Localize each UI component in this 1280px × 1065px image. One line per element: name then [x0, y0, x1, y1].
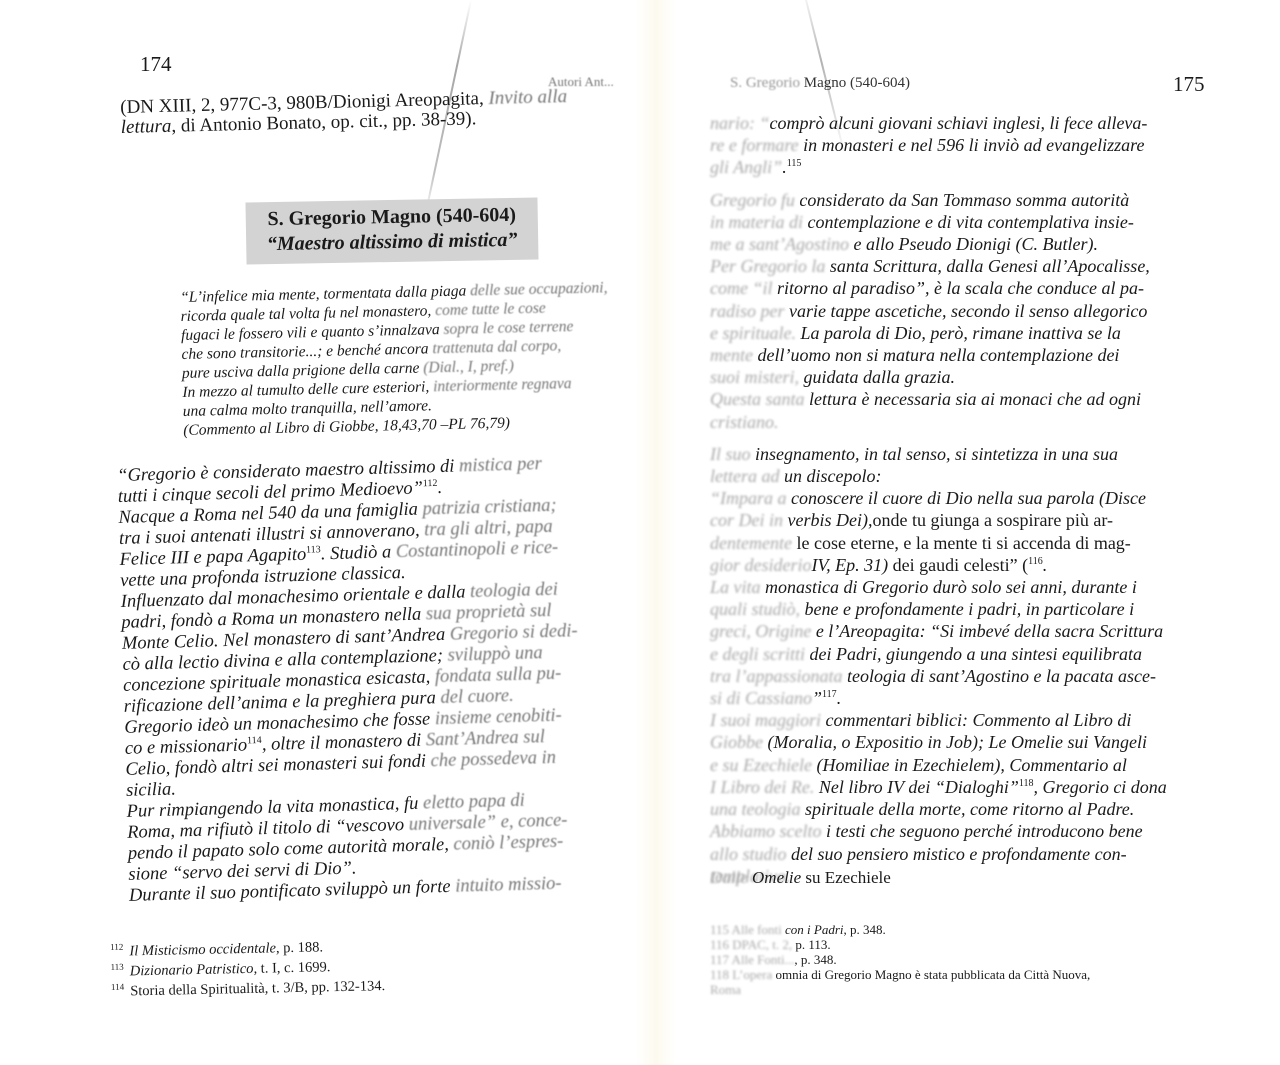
body-line: cor Dei in verbis Dei),onde tu giunga a … — [710, 509, 1230, 531]
text-span: dell’uomo non si matura nella contemplaz… — [753, 345, 1119, 365]
text-span: le cose eterne, e la mente ti si accenda… — [792, 533, 1131, 553]
body-line: re e formare in monasteri e nel 596 li i… — [710, 134, 1230, 156]
text-span: commentari biblici: Commento al Libro di — [821, 710, 1131, 730]
faded-text: quali studiò, — [710, 599, 800, 619]
text-span: , p. 348. — [794, 952, 836, 967]
body-line: come “il ritorno al paradiso”, è la scal… — [710, 277, 1230, 299]
faded-text: Costantinopoli e rice- — [391, 538, 558, 563]
text-span: . — [437, 478, 442, 498]
text-span: IV, Ep. 31) — [812, 555, 889, 575]
faded-text: come “il — [710, 278, 773, 298]
faded-text: cristiano. — [710, 412, 779, 432]
text-span: . — [1043, 555, 1048, 575]
faded-text: patrizia cristiana; — [418, 496, 557, 520]
footnote-ref: 112 — [423, 478, 438, 489]
faded-text: sviluppò una — [443, 643, 543, 666]
faded-text: intuito missio- — [450, 874, 562, 897]
text-span: e allo Pseudo Dionigi (C. Butler). — [849, 234, 1098, 254]
body-line: una teologia spirituale della morte, com… — [710, 798, 1230, 820]
faded-text: Gregorio fu — [710, 190, 795, 210]
faded-text: e degli scritti — [710, 644, 805, 664]
faded-text: lettera ad — [710, 466, 780, 486]
paragraph-gap — [710, 179, 1230, 189]
body-line: greci, Origine e l’Areopagita: “Si imbev… — [710, 620, 1230, 642]
faded-text: 117 Alle Fonti... — [710, 952, 794, 967]
body-line: radiso per varie tappe ascetiche, second… — [710, 300, 1230, 322]
faded-text: radiso per — [710, 301, 785, 321]
body-line: in materia di contemplazione e di vita c… — [710, 211, 1230, 233]
faded-text: Gregorio si dedi- — [445, 621, 578, 645]
faded-text: sopra le cose terrene — [439, 318, 573, 338]
faded-text: e su Ezechiele — [710, 755, 812, 775]
body-line: me a sant’Agostino e allo Pseudo Dionigi… — [710, 233, 1230, 255]
footnote: 115 Alle fonti con i Padri, p. 348. — [710, 922, 1230, 937]
text-span: lettura è necessaria sia ai monaci che a… — [805, 389, 1141, 409]
footnote-number: 112 — [110, 942, 123, 952]
right-footnotes: 115 Alle fonti con i Padri, p. 348.116 D… — [710, 922, 1230, 997]
footnote-ref: 115 — [787, 158, 802, 169]
footnote-number: 113 — [110, 962, 123, 972]
page-number: 175 — [1173, 72, 1205, 97]
text-span: dei Padri, giungendo a una sintesi equil… — [805, 644, 1142, 664]
faded-text: “Impara a — [710, 488, 787, 508]
faded-text: Sant’Andrea sul — [421, 727, 545, 750]
text-span: p. 113. — [792, 937, 831, 952]
faded-text: Abbiamo scelto — [710, 821, 821, 841]
faded-text: coniò l’espres- — [449, 832, 564, 855]
faded-text: Roma — [710, 982, 741, 997]
running-head: S. Gregorio Magno (540-604) — [730, 75, 910, 92]
text-span: insegnamento, in tal senso, si sintetizz… — [751, 444, 1119, 464]
body-line: Abbiamo scelto i testi che seguono perch… — [710, 820, 1230, 842]
footnote: Roma — [710, 982, 1230, 997]
body-line: Il suo insegnamento, in tal senso, si si… — [710, 443, 1230, 465]
faded-text: una teologia — [710, 799, 801, 819]
faded-text: gli Angli” — [710, 157, 782, 177]
faded-text: I Libro dei Re. — [710, 777, 814, 797]
page-number: 174 — [140, 52, 172, 77]
faded-text: tra l’appassionata — [710, 666, 843, 686]
citation: (DN XIII, 2, 977C-3, 980B/Dionigi Areopa… — [120, 85, 641, 138]
text-span: bene e profondamente i padri, in partico… — [800, 599, 1134, 619]
faded-text: greci, Origine — [710, 621, 811, 641]
footnote-ref: 113 — [306, 544, 321, 555]
faded-text: sua proprietà sul — [421, 601, 552, 625]
footnote-ref: 116 — [1028, 556, 1043, 567]
body-line: “Impara a conoscere il cuore di Dio nell… — [710, 487, 1230, 509]
faded-text: teologia dei — [465, 580, 558, 603]
text-span: ritorno al paradiso”, è la scala che con… — [773, 278, 1144, 298]
faded-text: (Dial., I, pref.) — [419, 357, 514, 376]
faded-text: delle sue occupazioni, — [466, 279, 608, 299]
footnote-ref: 118 — [1019, 778, 1034, 789]
right-body-text: nario: “comprò alcuni giovani schiavi in… — [710, 112, 1230, 887]
body-line: e spirituale. La parola di Dio, però, ri… — [710, 322, 1230, 344]
text-span: verbis Dei), — [783, 510, 872, 530]
text-span: monastica di Gregorio durò solo sei anni… — [761, 577, 1137, 597]
faded-text: allo studio — [710, 844, 787, 864]
faded-text: che possedeva in — [426, 748, 556, 772]
chapter-subtitle: “Maestro altissimo di mistica” — [246, 227, 538, 256]
body-line: gior desiderioIV, Ep. 31) dei gaudi cele… — [710, 554, 1230, 576]
epigraph-quote: “L’infelice mia mente, tormentata dalla … — [180, 278, 643, 440]
faded-text: eletto papa di — [418, 791, 525, 814]
chapter-title-box: S. Gregorio Magno (540-604) “Maestro alt… — [245, 197, 538, 264]
body-line: I suoi maggiori commentari biblici: Comm… — [710, 709, 1230, 731]
text-span: contemplazione e di vita contemplativa i… — [803, 212, 1134, 232]
left-body-text: “Gregorio è considerato maestro altissim… — [117, 451, 659, 907]
paragraph-gap — [710, 433, 1230, 443]
body-line: lettera ad un discepolo: — [710, 465, 1230, 487]
text-span: (Homiliae in Ezechielem), Commentario al — [812, 755, 1127, 775]
faded-text: nario: “ — [710, 113, 770, 133]
text-span: . Studiò a — [321, 542, 392, 564]
text-span: , t. I, c. 1699. — [253, 959, 330, 977]
text-span: conoscere il cuore di Dio nella sua paro… — [787, 488, 1146, 508]
body-line: nario: “comprò alcuni giovani schiavi in… — [710, 112, 1230, 134]
body-line: Giobbe (Moralia, o Expositio in Job); Le… — [710, 731, 1230, 753]
right-page: S. Gregorio Magno (540-604) 175 nario: “… — [650, 0, 1280, 1065]
text-span: varie tappe ascetiche, secondo il senso … — [785, 301, 1148, 321]
faded-text: suoi misteri, — [710, 367, 799, 387]
text-span: considerato da San Tommaso somma autorit… — [795, 190, 1129, 210]
faded-text: mente — [710, 345, 753, 365]
faded-text: Il suo — [710, 444, 751, 464]
faded-text: trattenuta dal corpo, — [428, 337, 561, 357]
faded-text: dentemente — [710, 533, 792, 553]
faded-text: come tutte le cose — [431, 300, 546, 320]
faded-text: tra gli altri, papa — [419, 517, 553, 541]
faded-text: in materia di — [710, 212, 803, 232]
text-span: e l’Areopagita: “Si imbevé della sacra S… — [811, 621, 1163, 641]
faded-text: cor Dei in — [710, 510, 783, 530]
text-span: Storia della Spiritualità, t. 3/B, pp. 1… — [130, 978, 385, 999]
text-span: un discepolo: — [780, 466, 882, 486]
body-line: mente dell’uomo non si matura nella cont… — [710, 344, 1230, 366]
body-line: gli Angli”.115 — [710, 156, 1230, 178]
faded-text: fondata sulla pu- — [430, 664, 562, 688]
body-line: La vita monastica di Gregorio durò solo … — [710, 576, 1230, 598]
text-span: i testi che seguono perché introducono b… — [821, 821, 1142, 841]
body-line: Per Gregorio la santa Scrittura, dalla G… — [710, 255, 1230, 277]
text-span: dei gaudi celesti” ( — [888, 555, 1028, 575]
faded-text: I suoi maggiori — [710, 710, 821, 730]
faded-text: re e formare — [710, 135, 799, 155]
body-line: e su Ezechiele (Homiliae in Ezechielem),… — [710, 754, 1230, 776]
faded-text: 115 Alle fonti — [710, 922, 782, 937]
text-span: in monasteri e nel 596 li inviò ad evang… — [799, 135, 1145, 155]
body-line: suoi misteri, guidata dalla grazia. — [710, 366, 1230, 388]
faded-text: si di Cassiano — [710, 688, 812, 708]
body-line: quali studiò, bene e profondamente i pad… — [710, 598, 1230, 620]
faded-text: La vita — [710, 577, 761, 597]
faded-text: Questa santa — [710, 389, 805, 409]
footnote: 118 L’opera omnia di Gregorio Magno è st… — [710, 967, 1230, 982]
left-page: 174 Autori Ant... (DN XIII, 2, 977C-3, 9… — [0, 0, 650, 1065]
text-span: co e missionario — [125, 735, 248, 758]
faded-text: mistica per — [454, 454, 542, 476]
section-heading: Dalle Omelie su Ezechiele — [710, 868, 891, 888]
text-span: onde tu giunga a sospirare più ar- — [872, 510, 1113, 530]
text-span: spirituale della morte, come ritorno al … — [801, 799, 1135, 819]
text-span: con i Padri — [782, 922, 844, 937]
faded-text: 116 DPAC, t. 2, — [710, 937, 792, 952]
faded-text: me a sant’Agostino — [710, 234, 849, 254]
faded-text: 118 L’opera — [710, 967, 772, 982]
text-span: , p. 188. — [276, 939, 323, 956]
faded-text: Per Gregorio la — [710, 256, 825, 276]
footnote: 117 Alle Fonti..., p. 348. — [710, 952, 1230, 967]
body-line: allo studio del suo pensiero mistico e p… — [710, 843, 1230, 865]
book-spread: 174 Autori Ant... (DN XIII, 2, 977C-3, 9… — [0, 0, 1280, 1065]
text-span: Nel libro IV dei “Dialoghi” — [814, 777, 1019, 797]
footnote: 116 DPAC, t. 2, p. 113. — [710, 937, 1230, 952]
faded-text: del cuore. — [436, 686, 514, 708]
text-span: . — [837, 688, 842, 708]
body-line: Questa santa lettura è necessaria sia ai… — [710, 388, 1230, 410]
text-span: santa Scrittura, dalla Genesi all’Apocal… — [825, 256, 1149, 276]
body-line: e degli scritti dei Padri, giungendo a u… — [710, 643, 1230, 665]
text-span: omnia di Gregorio Magno è stata pubblica… — [772, 967, 1090, 982]
footnote-ref: 114 — [247, 735, 262, 746]
faded-text: Giobbe — [710, 732, 763, 752]
footnote-ref: 117 — [822, 689, 837, 700]
faded-text: interiormente regnava — [429, 375, 572, 395]
text-span: La parola di Dio, però, rimane inattiva … — [796, 323, 1121, 343]
body-line: si di Cassiano”117. — [710, 687, 1230, 709]
footnote-number: 114 — [111, 981, 124, 991]
text-span: del suo pensiero mistico e profondamente… — [787, 844, 1127, 864]
text-span: , Gregorio ci dona — [1033, 777, 1166, 797]
text-span: guidata dalla grazia. — [799, 367, 955, 387]
left-footnotes: 112Il Misticismo occidentale, p. 188.113… — [110, 932, 511, 1000]
faded-text: gior desiderio — [710, 555, 812, 575]
text-span: teologia di sant’Agostino e la pacata as… — [843, 666, 1156, 686]
text-span: ” — [812, 688, 822, 708]
body-line: Gregorio fu considerato da San Tommaso s… — [710, 189, 1230, 211]
text-span: sicilia. — [126, 779, 176, 800]
faded-text: insieme cenobiti- — [430, 706, 562, 730]
text-span: comprò alcuni giovani schiavi inglesi, l… — [770, 113, 1148, 133]
body-line: cristiano. — [710, 411, 1230, 433]
body-line: tra l’appassionata teologia di sant’Agos… — [710, 665, 1230, 687]
faded-text: e spirituale. — [710, 323, 796, 343]
body-line: dentemente le cose eterne, e la mente ti… — [710, 532, 1230, 554]
text-span: (Moralia, o Expositio in Job); Le Omelie… — [763, 732, 1147, 752]
body-line: I Libro dei Re. Nel libro IV dei “Dialog… — [710, 776, 1230, 798]
text-span: , p. 348. — [844, 922, 886, 937]
